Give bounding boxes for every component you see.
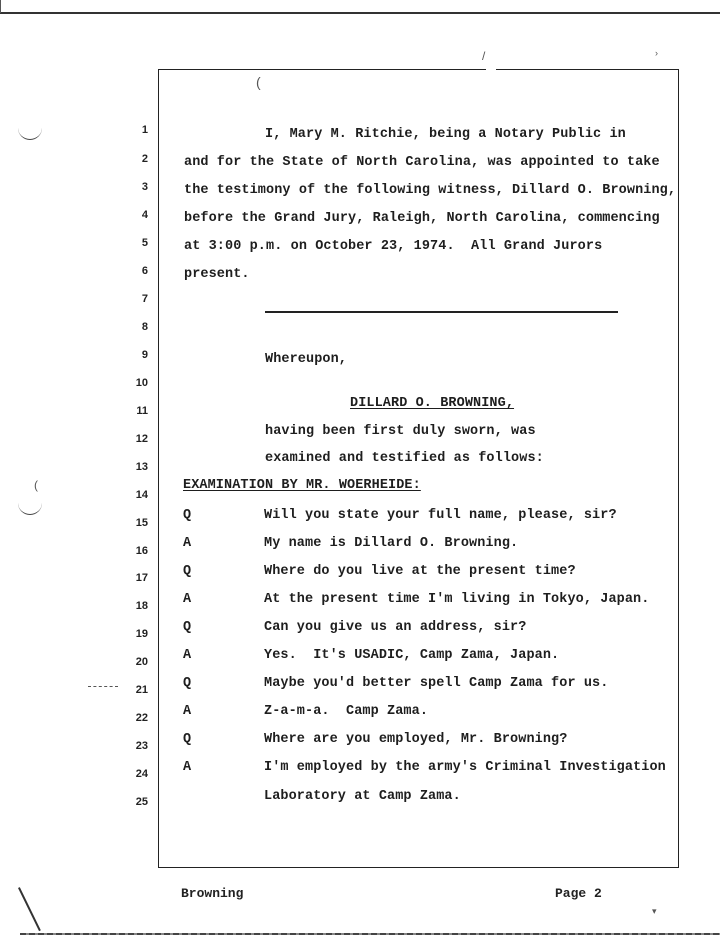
line-number: 10 — [128, 377, 148, 389]
question-marker: Q — [183, 676, 191, 691]
line-number: 21 — [128, 684, 148, 696]
transcript-line: examined and testified as follows: — [265, 451, 544, 466]
answer-marker: A — [183, 536, 191, 551]
line-number: 1 — [128, 124, 148, 136]
line-number: 22 — [128, 712, 148, 724]
scan-artifact-dash — [88, 686, 118, 688]
line-number: 19 — [128, 628, 148, 640]
line-number: 9 — [128, 349, 148, 361]
scan-artifact-mark: › — [655, 48, 658, 58]
line-number: 14 — [128, 489, 148, 501]
transcript-line: Laboratory at Camp Zama. — [264, 789, 461, 804]
scan-top-edge — [0, 12, 720, 14]
answer-marker: A — [183, 704, 191, 719]
witness-name-heading: DILLARD O. BROWNING, — [350, 396, 514, 411]
transcript-line: Can you give us an address, sir? — [264, 620, 526, 635]
scan-artifact-mark: ▾ — [652, 906, 657, 917]
scan-edge-mark — [0, 0, 1, 13]
footer-witness-name: Browning — [181, 886, 243, 901]
transcript-line: Where are you employed, Mr. Browning? — [264, 732, 567, 747]
question-marker: Q — [183, 508, 191, 523]
question-marker: Q — [183, 732, 191, 747]
line-number: 18 — [128, 600, 148, 612]
line-number: 20 — [128, 656, 148, 668]
frame-gap — [486, 66, 496, 72]
line-number: 2 — [128, 153, 148, 165]
transcript-line: Where do you live at the present time? — [264, 564, 576, 579]
transcript-line: I, Mary M. Ritchie, being a Notary Publi… — [265, 127, 626, 142]
answer-marker: A — [183, 760, 191, 775]
scan-bottom-edge — [20, 933, 720, 935]
line-number: 7 — [128, 293, 148, 305]
line-number: 6 — [128, 265, 148, 277]
line-number: 17 — [128, 572, 148, 584]
transcript-line: Maybe you'd better spell Camp Zama for u… — [264, 676, 608, 691]
transcript-line: the testimony of the following witness, … — [184, 183, 676, 198]
scan-artifact-mark: ( — [34, 478, 38, 492]
transcript-line: Will you state your full name, please, s… — [264, 508, 617, 523]
transcript-line: at 3:00 p.m. on October 23, 1974. All Gr… — [184, 239, 602, 254]
footer-page-number: Page 2 — [555, 886, 602, 901]
examination-heading: EXAMINATION BY MR. WOERHEIDE: — [183, 478, 421, 493]
transcript-line: I'm employed by the army's Criminal Inve… — [264, 760, 666, 775]
section-divider — [265, 311, 618, 313]
transcript-line: At the present time I'm living in Tokyo,… — [264, 592, 649, 607]
line-number: 13 — [128, 461, 148, 473]
line-number: 4 — [128, 209, 148, 221]
scan-corner-mark — [18, 887, 41, 931]
line-number: 5 — [128, 237, 148, 249]
answer-marker: A — [183, 648, 191, 663]
question-marker: Q — [183, 564, 191, 579]
transcript-line: My name is Dillard O. Browning. — [264, 536, 518, 551]
answer-marker: A — [183, 592, 191, 607]
line-number: 16 — [128, 545, 148, 557]
question-marker: Q — [183, 620, 191, 635]
transcript-line: and for the State of North Carolina, was… — [184, 155, 660, 170]
line-number: 12 — [128, 433, 148, 445]
line-number: 23 — [128, 740, 148, 752]
line-number: 11 — [128, 405, 148, 417]
line-number: 3 — [128, 181, 148, 193]
line-number: 8 — [128, 321, 148, 333]
transcript-line: Z-a-m-a. Camp Zama. — [264, 704, 428, 719]
line-number: 15 — [128, 517, 148, 529]
transcript-line: before the Grand Jury, Raleigh, North Ca… — [184, 211, 660, 226]
transcript-line: present. — [184, 267, 250, 282]
transcript-line: Whereupon, — [265, 352, 347, 367]
binding-hole-mark — [18, 502, 42, 515]
line-number: 24 — [128, 768, 148, 780]
scan-artifact-mark: / — [482, 49, 485, 63]
line-number: 25 — [128, 796, 148, 808]
transcript-line: Yes. It's USADIC, Camp Zama, Japan. — [264, 648, 559, 663]
transcript-line: having been first duly sworn, was — [265, 424, 536, 439]
binding-hole-mark — [18, 127, 42, 140]
